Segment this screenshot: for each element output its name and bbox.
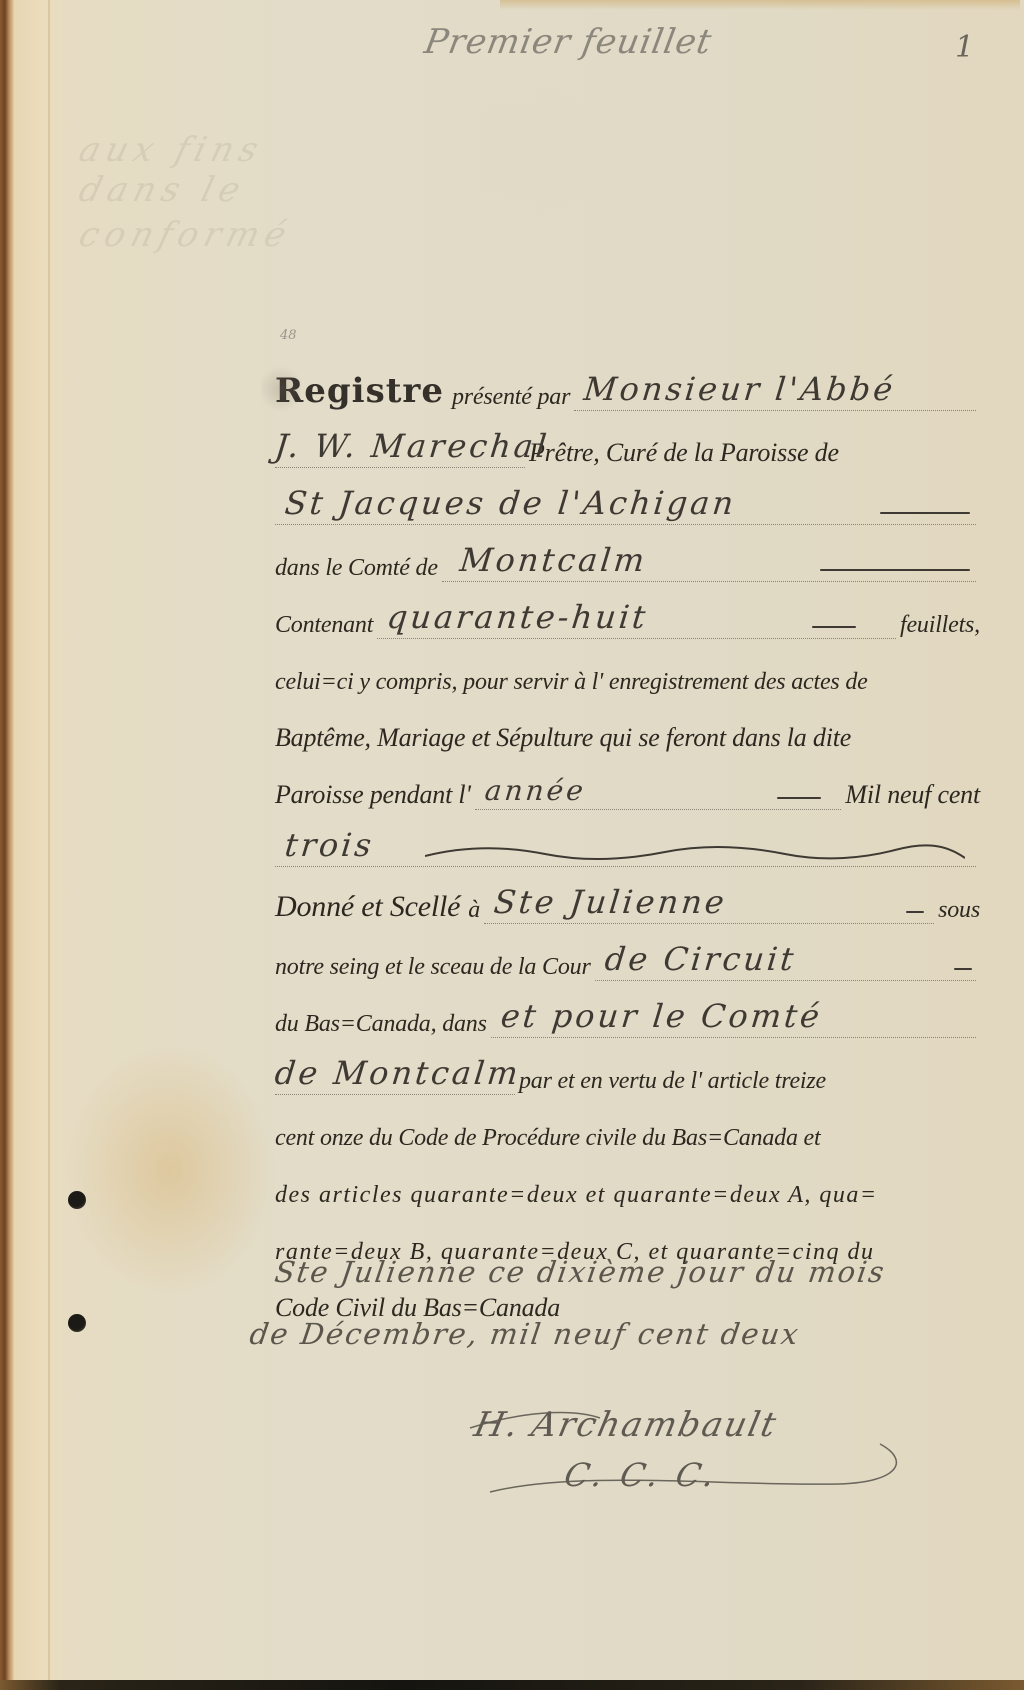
wavy-filler-line-icon	[425, 844, 965, 862]
printed-text: présenté par	[452, 384, 570, 411]
sheet-note: Premier feuillet	[421, 22, 715, 62]
form-line: Registre présenté par Monsieur l'Abbé	[275, 360, 980, 417]
punch-hole-lower	[68, 1314, 86, 1332]
printed-text: Mil neuf cent	[845, 780, 980, 810]
filled-field-presenter: Monsieur l'Abbé	[574, 360, 976, 411]
filled-field-court: de Circuit	[595, 930, 976, 981]
filled-field-priest-name: J. W. Marechal	[275, 417, 525, 468]
filled-field-jurisdiction: et pour le Comté	[491, 987, 976, 1038]
form-line: des articles quarante=deux et quarante=d…	[275, 1158, 980, 1215]
handwritten-text: de Circuit	[593, 940, 798, 978]
filled-field-leaf-count: quarante-huit	[377, 588, 896, 639]
handwritten-text: et pour le Comté	[489, 997, 824, 1035]
form-line: notre seing et le sceau de la Cour de Ci…	[275, 930, 980, 987]
printed-text: Paroisse pendant l'	[275, 780, 471, 810]
printed-text: à	[468, 897, 480, 924]
handwritten-text: année	[473, 774, 587, 807]
printed-text: cent onze du Code de Procédure civile du…	[275, 1125, 820, 1152]
closing-line-place-date: Ste Julienne ce dixième jour du mois	[273, 1255, 1013, 1289]
form-line: J. W. Marechal Prêtre, Curé de la Parois…	[275, 417, 980, 474]
handwritten-text: de Montcalm	[273, 1054, 523, 1092]
margin-fold	[48, 0, 50, 1690]
filled-field-year-label: année	[475, 759, 842, 810]
line-filler-dash	[820, 569, 970, 571]
bleed-through-text: conformé	[75, 215, 296, 255]
closing-line-year: de Décembre, mil neuf cent deux	[248, 1317, 1013, 1351]
closing-statement: Ste Julienne ce dixième jour du mois de …	[250, 1255, 1010, 1351]
handwritten-text: trois	[273, 826, 376, 864]
form-line: Contenant quarante-huit feuillets,	[275, 588, 980, 645]
printed-text: Baptême, Mariage et Sépulture qui se fer…	[275, 723, 851, 753]
form-line: du Bas=Canada, dans et pour le Comté	[275, 987, 980, 1044]
printed-text: feuillets,	[900, 612, 980, 639]
ornamental-initial-icon	[261, 363, 301, 415]
handwritten-text: St Jacques de l'Achigan	[273, 484, 738, 522]
bottom-edge	[0, 1680, 1024, 1690]
printed-text: par et en vertu de l' article treize	[519, 1068, 826, 1095]
filled-field-place: Ste Julienne	[484, 873, 934, 924]
printed-text: dans le Comté de	[275, 555, 438, 582]
signature-name: H. Archambault	[471, 1405, 782, 1445]
register-title: Registre	[275, 371, 444, 411]
handwritten-text: Ste Julienne	[482, 883, 729, 921]
top-edge-stain	[500, 0, 1020, 10]
handwritten-text: J. W. Marechal	[273, 427, 551, 465]
register-page: aux fins dans le conformé Premier feuill…	[0, 0, 1024, 1690]
printed-text: des articles quarante=deux et quarante=d…	[275, 1182, 878, 1209]
line-filler-dash	[880, 512, 970, 514]
printed-text: du Bas=Canada, dans	[275, 1011, 487, 1038]
handwritten-text: quarante-huit	[375, 598, 650, 636]
filled-field-parish: St Jacques de l'Achigan	[275, 474, 976, 525]
printed-text: Prêtre, Curé de la Paroisse de	[529, 438, 839, 468]
register-form: Registre présenté par Monsieur l'Abbé J.…	[275, 360, 980, 1329]
form-line: cent onze du Code de Procédure civile du…	[275, 1101, 980, 1158]
signature-title: C. C. C.	[561, 1456, 722, 1494]
form-line: trois	[275, 816, 980, 873]
line-filler-dash	[906, 911, 924, 913]
bleed-through-text: aux fins	[75, 130, 268, 170]
form-line: Donné et Scellé à Ste Julienne sous	[275, 873, 980, 930]
handwritten-text: Montcalm	[440, 541, 649, 579]
printed-text: celui=ci y compris, pour servir à l' enr…	[275, 669, 868, 696]
form-line: Paroisse pendant l' année Mil neuf cent	[275, 759, 980, 816]
printed-text: Donné et Scellé	[275, 890, 460, 924]
page-number: 1	[955, 30, 974, 65]
bleed-through-text: dans le	[75, 170, 250, 210]
form-line: dans le Comté de Montcalm	[275, 531, 980, 588]
form-line: St Jacques de l'Achigan	[275, 474, 980, 531]
form-line: Baptême, Mariage et Sépulture qui se fer…	[275, 702, 980, 759]
printed-text: Contenant	[275, 612, 373, 639]
line-filler-dash	[777, 797, 821, 799]
folio-count-pencil: 48	[280, 328, 297, 343]
printed-text: notre seing et le sceau de la Cour	[275, 954, 591, 981]
punch-hole-upper	[68, 1191, 86, 1209]
printed-text: sous	[938, 897, 980, 924]
line-filler-dash	[812, 626, 856, 628]
filled-field-county: Montcalm	[442, 531, 976, 582]
line-filler-dash	[954, 968, 972, 970]
book-spine	[0, 0, 14, 1690]
form-line: celui=ci y compris, pour servir à l' enr…	[275, 645, 980, 702]
form-line: de Montcalm par et en vertu de l' articl…	[275, 1044, 980, 1101]
filled-field-county-2: de Montcalm	[275, 1044, 515, 1095]
handwritten-text: Monsieur l'Abbé	[572, 370, 897, 408]
filled-field-year: trois	[275, 816, 976, 867]
